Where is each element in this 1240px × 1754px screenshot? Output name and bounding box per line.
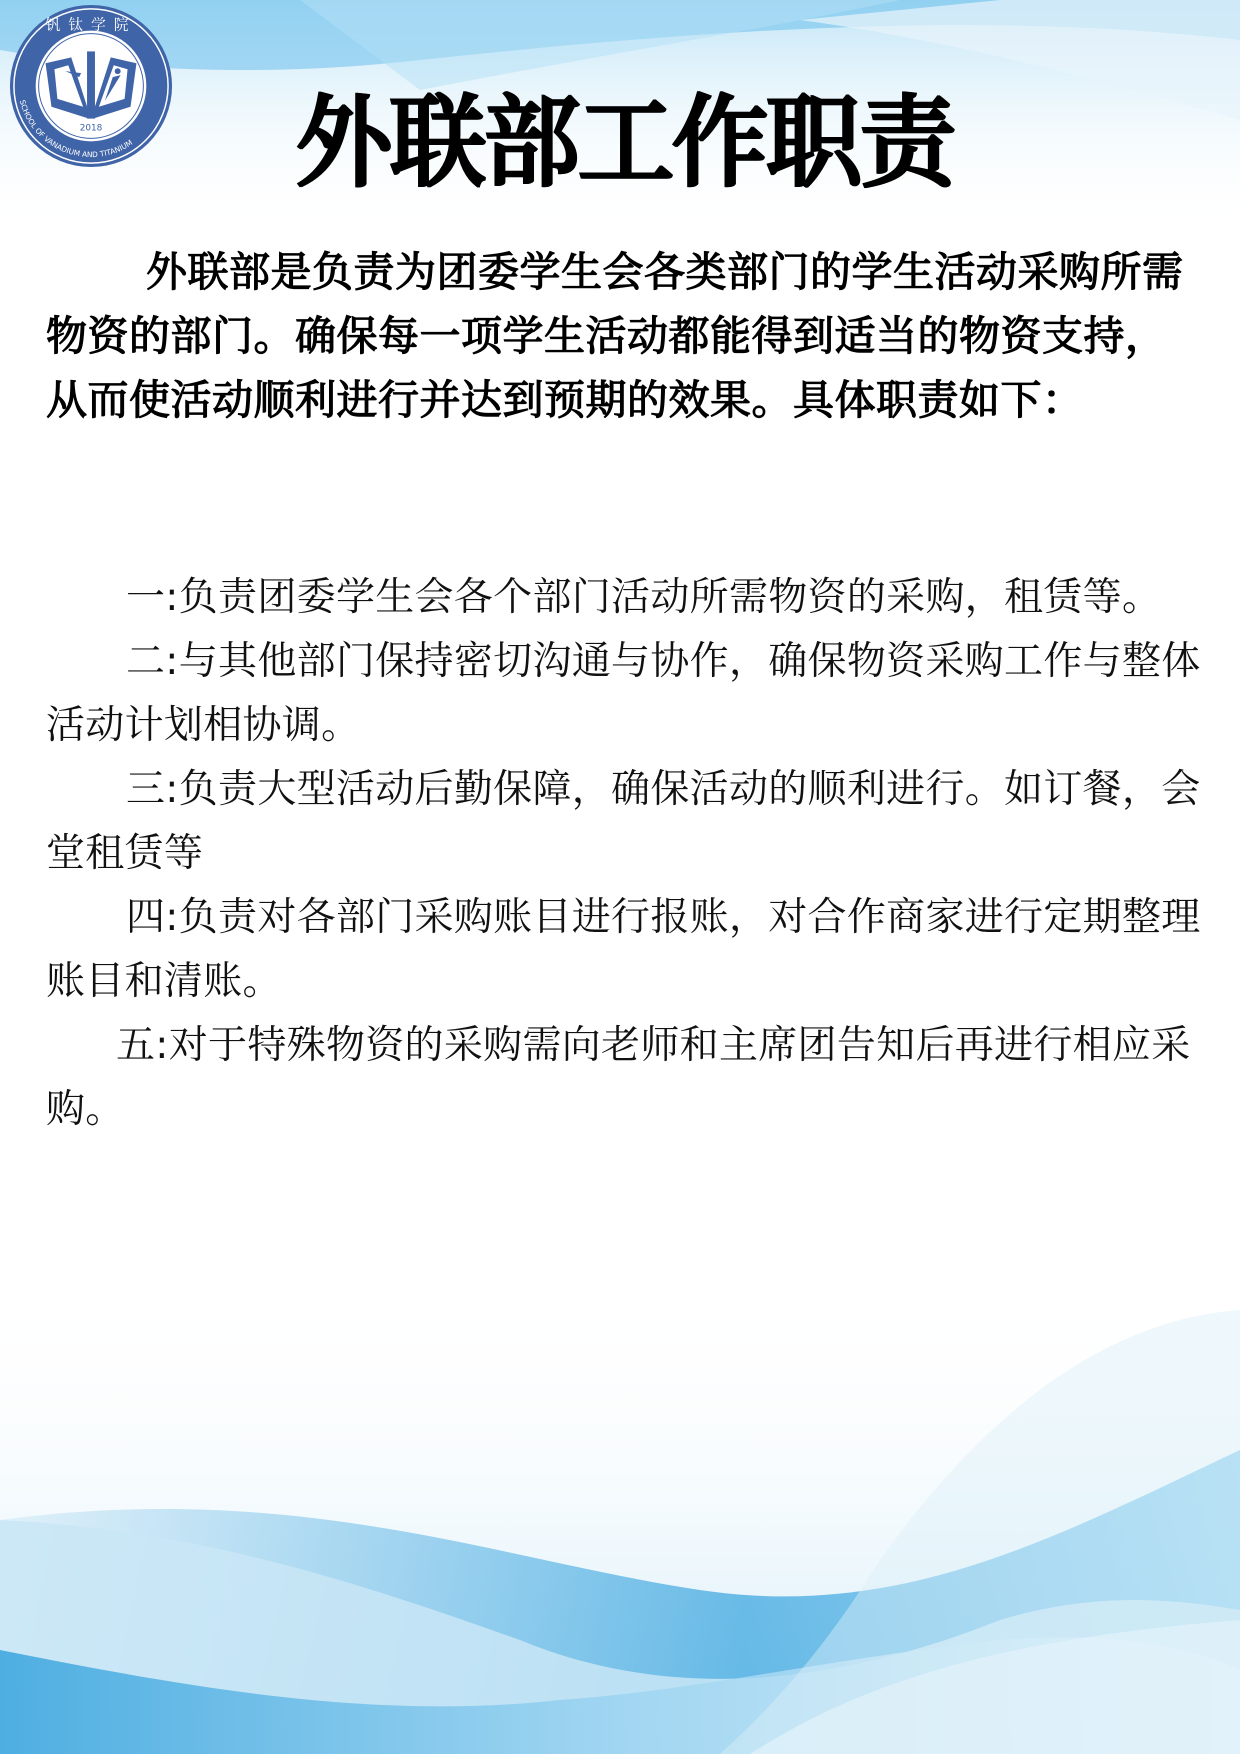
duty-label: 一: [126, 575, 179, 620]
duty-text: 负责大型活动后勤保障，确保活动的顺利进行。如订餐，会堂租赁等 [46, 767, 1201, 876]
duty-text: 负责团委学生会各个部门活动所需物资的采购，租赁等。 [179, 575, 1162, 620]
duty-label: 五: [116, 1023, 169, 1068]
page-title: 外联部工作职责 [0, 88, 1240, 198]
duty-list: 一:负责团委学生会各个部门活动所需物资的采购，租赁等。 二:与其他部门保持密切沟… [46, 566, 1216, 1142]
duty-item-2: 二:与其他部门保持密切沟通与协作，确保物资采购工作与整体活动计划相协调。 [46, 630, 1216, 758]
duty-text: 负责对各部门采购账目进行报账，对合作商家进行定期整理账目和清账。 [46, 895, 1201, 1004]
duty-label: 三: [126, 767, 179, 812]
duty-label: 二: [126, 639, 179, 684]
duty-label: 四: [126, 895, 179, 940]
duty-item-4: 四:负责对各部门采购账目进行报账，对合作商家进行定期整理账目和清账。 [46, 886, 1216, 1014]
svg-text:钒钛学院: 钒钛学院 [46, 16, 137, 34]
duty-text: 对于特殊物资的采购需向老师和主席团告知后再进行相应采购。 [46, 1023, 1191, 1132]
intro-text: 外联部是负责为团委学生会各类部门的学生活动采购所需物资的部门。确保每一项学生活动… [46, 248, 1184, 424]
duty-item-5: 五:对于特殊物资的采购需向老师和主席团告知后再进行相应采购。 [46, 1014, 1216, 1142]
duty-item-3: 三:负责大型活动后勤保障，确保活动的顺利进行。如订餐，会堂租赁等 [46, 758, 1216, 886]
duty-item-1: 一:负责团委学生会各个部门活动所需物资的采购，租赁等。 [46, 566, 1216, 630]
duty-text: 与其他部门保持密切沟通与协作，确保物资采购工作与整体活动计划相协调。 [46, 639, 1201, 748]
intro-paragraph: 外联部是负责为团委学生会各类部门的学生活动采购所需物资的部门。确保每一项学生活动… [46, 240, 1206, 432]
